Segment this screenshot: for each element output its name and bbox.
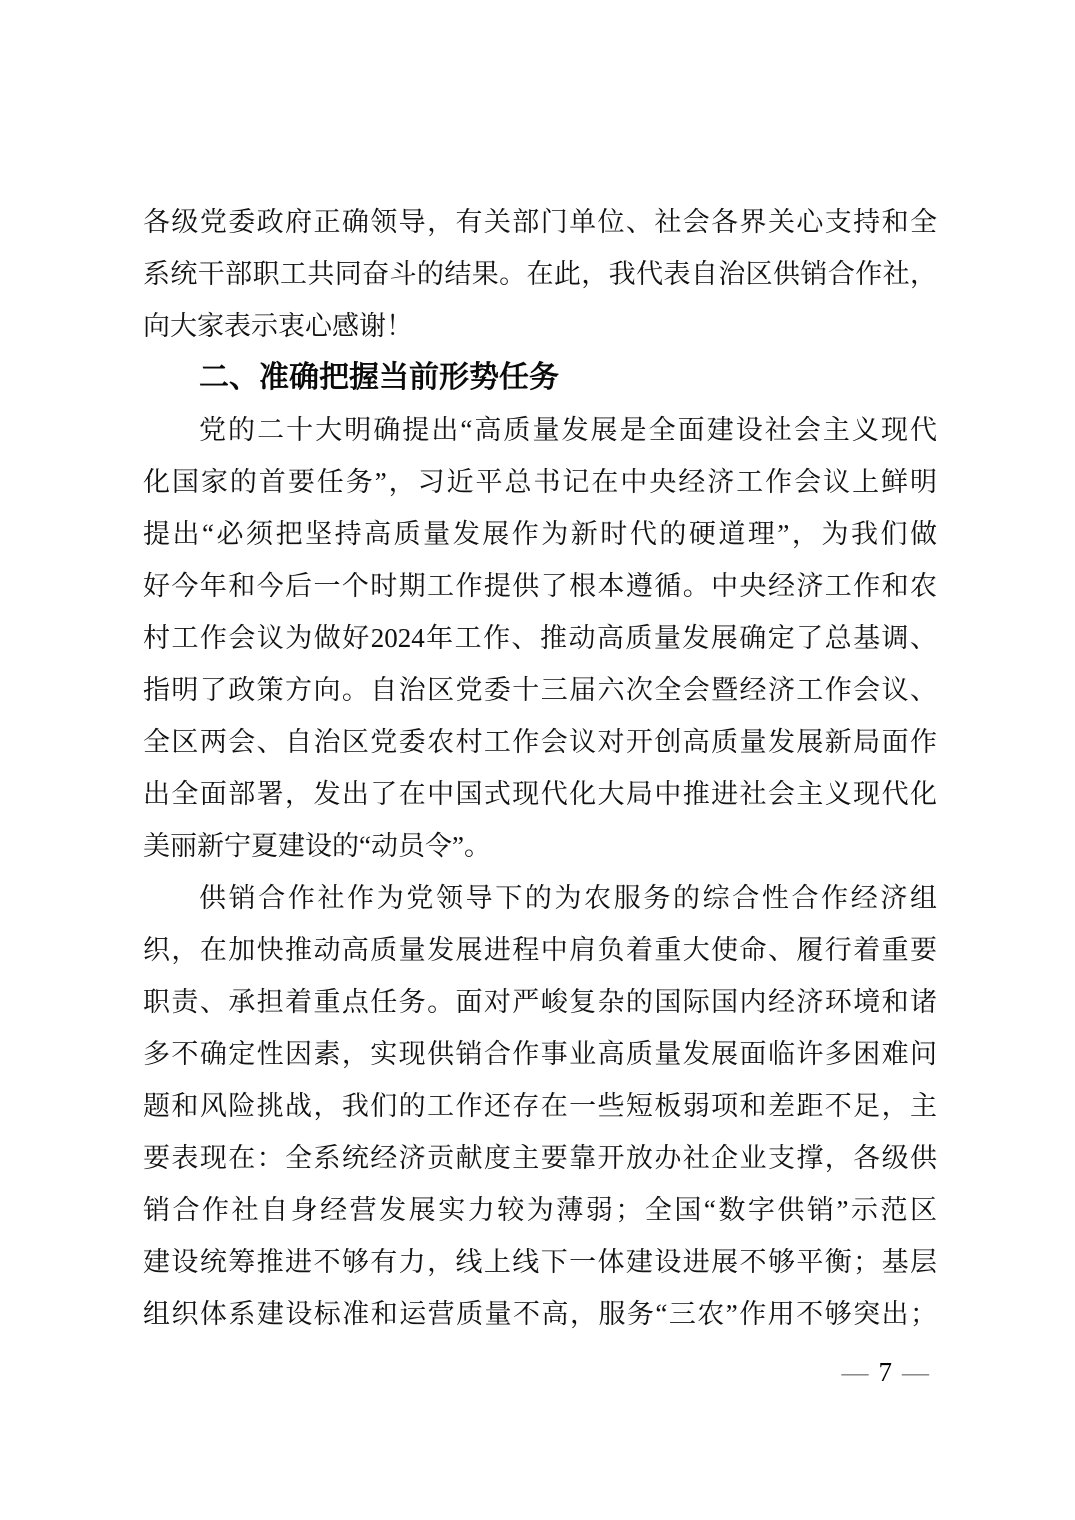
page-number: —7— [842, 1352, 930, 1392]
text-line: 美丽新宁夏建设的“动员令”。 [143, 820, 937, 872]
text-line: 指明了政策方向。自治区党委十三届六次全会暨经济工作会议、 [143, 664, 937, 716]
section-heading: 二、准确把握当前形势任务 [143, 352, 937, 404]
text-line: 组织体系建设标准和运营质量不高，服务“三农”作用不够突出； [143, 1288, 937, 1340]
text-line: 销合作社自身经营发展实力较为薄弱；全国“数字供销”示范区 [143, 1184, 937, 1236]
text-line: 向大家表示衷心感谢！ [143, 300, 937, 352]
page-number-dash-right: — [902, 1357, 929, 1387]
document-body: 各级党委政府正确领导，有关部门单位、社会各界关心支持和全 系统干部职工共同奋斗的… [143, 196, 937, 1340]
text-line: 党的二十大明确提出“高质量发展是全面建设社会主义现代 [143, 404, 937, 456]
text-line: 化国家的首要任务”，习近平总书记在中央经济工作会议上鲜明 [143, 456, 937, 508]
text-line: 供销合作社作为党领导下的为农服务的综合性合作经济组 [143, 872, 937, 924]
text-line: 全区两会、自治区党委农村工作会议对开创高质量发展新局面作 [143, 716, 937, 768]
text-line: 各级党委政府正确领导，有关部门单位、社会各界关心支持和全 [143, 196, 937, 248]
text-line: 好今年和今后一个时期工作提供了根本遵循。中央经济工作和农 [143, 560, 937, 612]
text-line: 系统干部职工共同奋斗的结果。在此，我代表自治区供销合作社， [143, 248, 937, 300]
text-line: 提出“必须把坚持高质量发展作为新时代的硬道理”，为我们做 [143, 508, 937, 560]
text-line: 建设统筹推进不够有力，线上线下一体建设进展不够平衡；基层 [143, 1236, 937, 1288]
page-number-value: 7 [879, 1357, 893, 1387]
text-line: 村工作会议为做好2024年工作、推动高质量发展确定了总基调、 [143, 612, 937, 664]
text-line: 题和风险挑战，我们的工作还存在一些短板弱项和差距不足，主 [143, 1080, 937, 1132]
text-line: 出全面部署，发出了在中国式现代化大局中推进社会主义现代化 [143, 768, 937, 820]
text-line: 职责、承担着重点任务。面对严峻复杂的国际国内经济环境和诸 [143, 976, 937, 1028]
text-line: 多不确定性因素，实现供销合作事业高质量发展面临许多困难问 [143, 1028, 937, 1080]
text-line: 织，在加快推动高质量发展进程中肩负着重大使命、履行着重要 [143, 924, 937, 976]
text-line: 要表现在：全系统经济贡献度主要靠开放办社企业支撑，各级供 [143, 1132, 937, 1184]
document-page: 各级党委政府正确领导，有关部门单位、社会各界关心支持和全 系统干部职工共同奋斗的… [0, 0, 1075, 1520]
page-number-dash-left: — [842, 1357, 869, 1387]
